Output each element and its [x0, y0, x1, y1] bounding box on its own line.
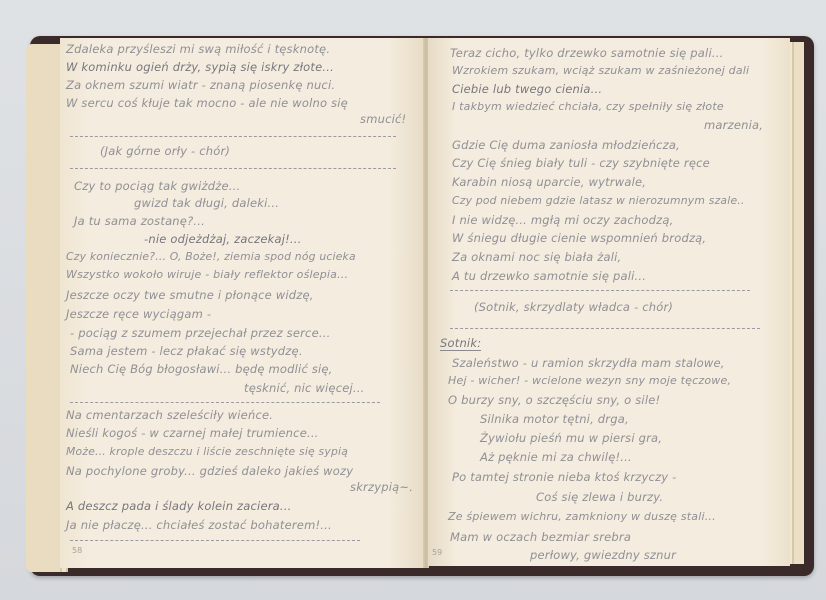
- dashed-separator: [70, 168, 396, 169]
- handwritten-line: A deszcz pada i ślady kolein zaciera...: [66, 499, 291, 513]
- section-heading: (Sotnik, skrzydlaty władca - chór): [474, 300, 673, 314]
- handwritten-line: I takbym wiedzieć chciała, czy spełniły …: [452, 100, 724, 113]
- handwritten-line: Teraz cicho, tylko drzewko samotnie się …: [450, 46, 723, 60]
- page-number: 58: [72, 546, 82, 555]
- handwritten-line: A tu drzewko samotnie się pali...: [452, 269, 646, 283]
- handwritten-line: perłowy, gwiezdny sznur: [530, 548, 676, 562]
- handwritten-line: marzenia,: [704, 118, 763, 132]
- handwritten-line: W kominku ogień drży, sypią się iskry zł…: [66, 60, 334, 74]
- handwritten-line: Wszystko wokoło wiruje - biały reflektor…: [66, 268, 348, 281]
- handwritten-line: Za oknem szumi wiatr - znaną piosenkę nu…: [66, 78, 335, 92]
- handwritten-line: Niech Cię Bóg błogosławi... będę modlić …: [70, 362, 333, 376]
- handwritten-line: Nieśli kogoś - w czarnej małej trumience…: [66, 426, 319, 440]
- dashed-separator: [70, 540, 360, 541]
- handwritten-line: skrzypią~.: [350, 480, 413, 494]
- handwritten-line: Ciebie lub twego cienia...: [452, 82, 602, 96]
- handwritten-line: W sercu coś kłuje tak mocno - ale nie wo…: [66, 96, 348, 110]
- handwritten-line: tęsknić, nic więcej...: [244, 381, 364, 395]
- dashed-separator: [70, 136, 396, 137]
- handwritten-line: Gdzie Cię duma zaniosła młodzieńcza,: [452, 138, 680, 152]
- handwritten-line: Hej - wicher! - wcielone wezyn sny moje …: [448, 374, 731, 387]
- handwritten-line: Sama jestem - lecz płakać się wstydzę.: [70, 344, 303, 358]
- handwritten-line: gwizd tak długi, daleki...: [134, 196, 279, 210]
- handwritten-line: Karabin niosą uparcie, wytrwale,: [452, 175, 646, 189]
- handwritten-line: Ja tu sama zostanę?...: [74, 214, 205, 228]
- handwritten-line: smucić!: [360, 112, 406, 126]
- dashed-separator: [450, 328, 760, 329]
- handwritten-line: Silnika motor tętni, drga,: [480, 412, 629, 426]
- handwritten-line: Czy koniecznie?... O, Boże!, ziemia spod…: [66, 250, 356, 263]
- handwritten-line: Jeszcze oczy twe smutne i płonące widzę,: [66, 288, 314, 302]
- handwritten-line: Czy Cię śnieg biały tuli - czy szybnięte…: [452, 156, 710, 170]
- page-number: 59: [432, 548, 442, 557]
- handwritten-line: O burzy sny, o szczęściu sny, o sile!: [448, 393, 660, 407]
- handwritten-line: Aż pęknie mi za chwilę!...: [480, 450, 632, 464]
- handwritten-line: Coś się zlewa i burzy.: [536, 490, 663, 504]
- left-page: Zdaleka przyśleszi mi swą miłość i tęskn…: [60, 38, 424, 568]
- handwritten-line: Ja nie płaczę... chciałeś zostać bohater…: [66, 518, 332, 532]
- handwritten-line: Czy to pociąg tak gwiżdże...: [74, 179, 240, 193]
- handwritten-line: Wzrokiem szukam, wciąż szukam w zaśnieżo…: [452, 64, 749, 77]
- section-heading: (Jak górne orły - chór): [100, 144, 230, 158]
- handwritten-line: Na pochylone groby... gdzieś daleko jaki…: [66, 464, 353, 478]
- handwritten-line: Czy pod niebem gdzie latasz w nierozumny…: [452, 194, 745, 207]
- speaker-heading: Sotnik:: [440, 336, 481, 351]
- handwritten-line: Po tamtej stronie nieba ktoś krzyczy -: [452, 470, 677, 484]
- handwritten-line: Za oknami noc się biała żali,: [452, 250, 621, 264]
- handwritten-line: Mam w oczach bezmiar srebra: [450, 530, 631, 544]
- handwritten-line: Na cmentarzach szeleściły wieńce.: [66, 408, 273, 422]
- right-page: Teraz cicho, tylko drzewko samotnie się …: [428, 38, 790, 566]
- handwritten-line: Zdaleka przyśleszi mi swą miłość i tęskn…: [66, 42, 330, 56]
- handwritten-line: Jeszcze ręce wyciągam -: [66, 307, 211, 321]
- handwritten-line: W śniegu długie cienie wspomnień brodzą,: [452, 231, 706, 245]
- dashed-separator: [70, 402, 380, 403]
- dashed-separator: [450, 290, 750, 291]
- handwritten-line: Żywiołu pieśń mu w piersi gra,: [480, 431, 662, 445]
- handwritten-line: - pociąg z szumem przejechał przez serce…: [70, 326, 330, 340]
- handwritten-line: I nie widzę... mgłą mi oczy zachodzą,: [452, 213, 673, 227]
- handwritten-line: -nie odjeżdżaj, zaczekaj!...: [144, 232, 302, 246]
- handwritten-line: Może... krople deszczu i liście zeschnię…: [66, 445, 348, 458]
- handwritten-line: Ze śpiewem wichru, zamkniony w duszę sta…: [448, 510, 716, 523]
- handwritten-line: Szaleństwo - u ramion skrzydła mam stalo…: [452, 356, 725, 370]
